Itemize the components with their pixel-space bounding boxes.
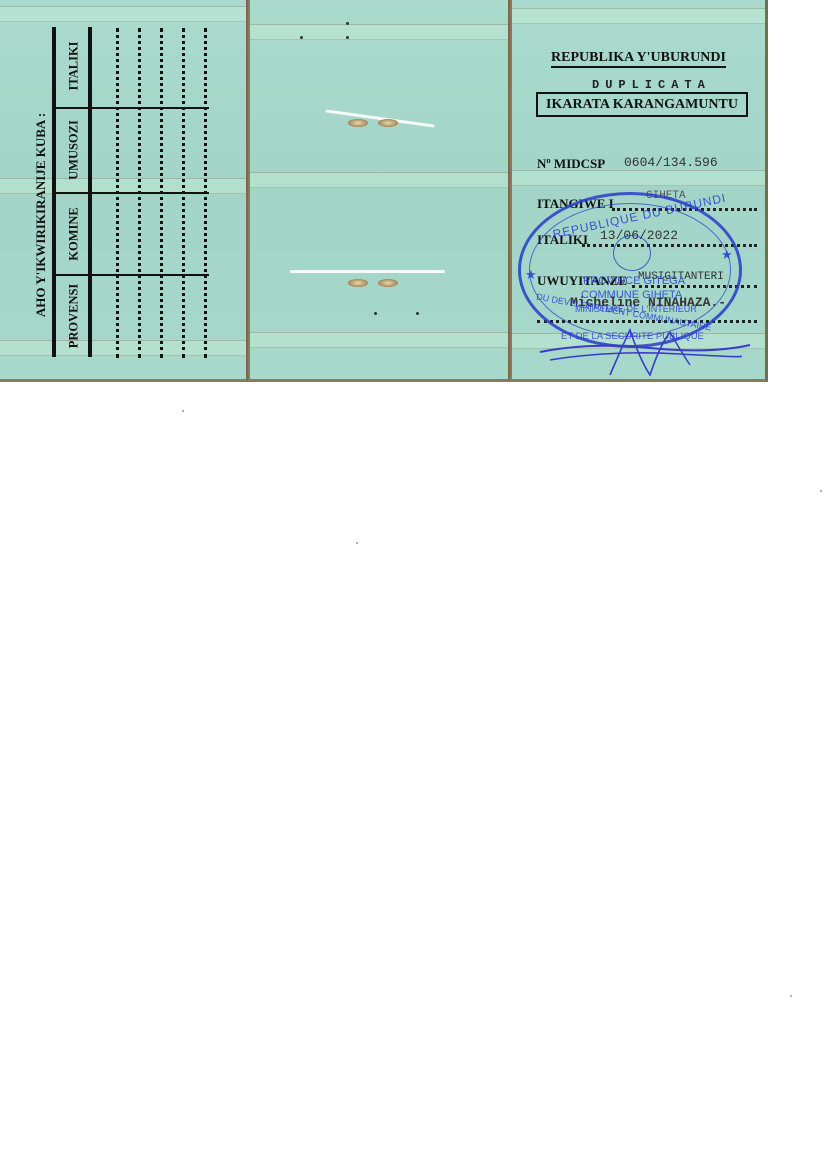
scan-speck [790, 995, 792, 997]
photo-rivet [378, 119, 398, 127]
middle-panel [248, 0, 510, 382]
duplicate-mark: DUPLICATA [592, 78, 711, 92]
id-card: AHO Y'IKWIRIKIRANIJE KUBA : PROVENSI KOM… [0, 0, 768, 382]
card-title: IKARATA KARANGAMUNTU [536, 92, 748, 117]
table-separator [56, 192, 209, 194]
column-provensi: PROVENSI [67, 284, 82, 349]
address-table-title: AHO Y'IKWIRIKIRANIJE KUBA : [33, 113, 49, 317]
punch-hole [346, 22, 349, 25]
column-komine: KOMINE [67, 207, 82, 260]
signature [530, 320, 760, 380]
table-separator [56, 107, 209, 109]
scan-speck [356, 542, 358, 544]
photo-rivet [348, 119, 368, 127]
table-separator [56, 274, 209, 276]
photo-rivet [348, 279, 368, 287]
country-title: REPUBLIKA Y'UBURUNDI [512, 50, 765, 66]
scan-speck [820, 490, 822, 492]
star-icon: ★ [721, 247, 733, 263]
star-icon: ★ [525, 267, 537, 283]
number-value: 0604/134.596 [624, 155, 718, 170]
fold-band [250, 332, 508, 348]
left-panel-address-table: AHO Y'IKWIRIKIRANIJE KUBA : PROVENSI KOM… [0, 0, 248, 382]
glare [290, 270, 445, 273]
fold-band [250, 172, 508, 188]
punch-hole [374, 312, 377, 315]
scan-speck [182, 410, 184, 412]
column-umusozi: UMUSOZI [67, 120, 82, 180]
fold-band [250, 24, 508, 40]
photo-rivet [378, 279, 398, 287]
column-italiki: ITALIKI [67, 41, 82, 90]
punch-hole [416, 312, 419, 315]
fold-band [512, 170, 765, 186]
stamp-province: PROVINCE GITEGA [583, 275, 685, 287]
fold-band [0, 6, 246, 22]
punch-hole [300, 36, 303, 39]
fold-band [512, 8, 765, 24]
stamp-commune: COMMUNE GIHETA [581, 289, 682, 301]
fold-band [0, 340, 246, 356]
number-label: Nº MIDCSP [537, 156, 605, 172]
punch-hole [346, 36, 349, 39]
burundi-emblem-icon [613, 235, 651, 271]
